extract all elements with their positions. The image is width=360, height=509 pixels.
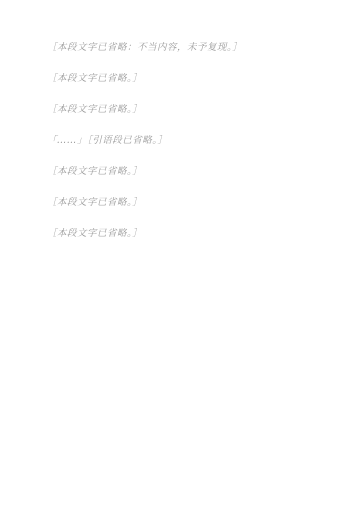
paragraph-3: ［本段文字已省略。］ <box>47 100 315 119</box>
paragraph-6: ［本段文字已省略。］ <box>47 193 315 212</box>
paragraph-1: ［本段文字已省略：不当内容，未予复现。］ <box>47 38 315 57</box>
paragraph-5: ［本段文字已省略。］ <box>47 162 315 181</box>
paragraph-2: ［本段文字已省略。］ <box>47 69 315 88</box>
reader-page: ［本段文字已省略：不当内容，未予复现。］ ［本段文字已省略。］ ［本段文字已省略… <box>0 0 360 509</box>
paragraph-7: ［本段文字已省略。］ <box>47 224 315 243</box>
paragraph-4-quote-line: 「……」［引语段已省略。］ <box>47 131 315 150</box>
